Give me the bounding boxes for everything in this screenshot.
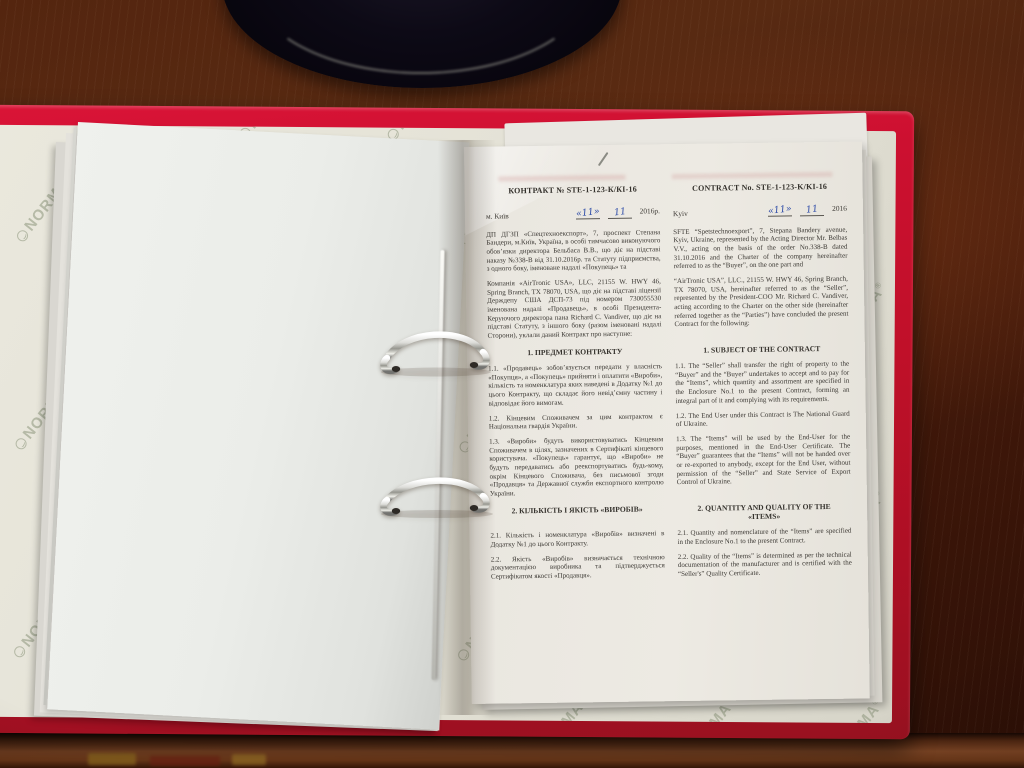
- ring-upper: [381, 335, 491, 377]
- binder-rings: [374, 320, 514, 520]
- contract-paragraph-en: “AirTronic USA”, LLC., 21155 W. HWY 46, …: [674, 275, 849, 338]
- photographed-document-scene: NORMA®NORMA®NORMA®NORMA®NORMA®NORMA®NORM…: [0, 0, 1024, 768]
- contract-paragraph-uk: 2.1. Кількість і номенклатура «Виробів» …: [490, 530, 664, 550]
- section-heading-en: 2. QUANTITY AND QUALITY OF THE «ITEMS»: [677, 501, 851, 522]
- contract-title-en: CONTRACT No. STE-1-123-K/KI-16: [673, 182, 847, 194]
- handwritten-month: 11: [613, 206, 626, 219]
- section-heading-row: 2. КІЛЬКІСТЬ І ЯКІСТЬ «ВИРОБІВ»2. QUANTI…: [490, 501, 851, 525]
- dateline-year-en: 2016: [832, 204, 847, 213]
- date-blank-line: 11: [800, 203, 824, 216]
- dateline-year-uk: 2016р.: [640, 206, 660, 215]
- section-heading-row: 1. ПРЕДМЕТ КОНТРАКТУ1. SUBJECT OF THE CO…: [488, 343, 849, 357]
- handwritten-month: 11: [806, 203, 819, 216]
- contract-paragraph-row: Компанія «AirTronic USA», LLC, 21155 W. …: [487, 275, 849, 341]
- contract-title-uk: КОНТРАКТ № STE-1-123-К/КІ-16: [486, 184, 660, 196]
- dateline-date-uk: «11»112016р.: [576, 205, 660, 219]
- bird-in-circle-icon: [13, 436, 28, 451]
- dateline-date-en: «11»112016: [768, 203, 847, 217]
- bird-in-circle-icon: [15, 228, 30, 243]
- contract-paragraph-row: ДП ДГЗП «Спецтехноекспорт», 7, проспект …: [486, 225, 848, 273]
- floor-object-fragment: [232, 754, 266, 765]
- floor-object-fragment: [88, 753, 136, 765]
- norma-watermark: NORMA®: [0, 482, 1, 557]
- contract-text-columns: КОНТРАКТ № STE-1-123-К/КІ-16CONTRACT No.…: [464, 141, 868, 581]
- contract-paragraph-row: 2.2. Якість «Виробів» визначається техні…: [491, 550, 852, 581]
- dateline-en: Kyiv«11»112016: [673, 203, 847, 218]
- date-blank-line: «11»: [768, 203, 792, 216]
- contract-paragraph-en: SFTE “Spetstechnoexport”, 7, Stepana Ban…: [673, 225, 848, 271]
- ring-lower: [381, 481, 493, 518]
- contract-paragraph-uk: 1.1. «Продавець» зобов’язується передати…: [488, 362, 663, 408]
- section-heading-uk: 2. КІЛЬКІСТЬ І ЯКІСТЬ «ВИРОБІВ»: [490, 504, 664, 525]
- contract-paragraph-uk: 2.2. Якість «Виробів» визначається техні…: [491, 553, 665, 581]
- dateline-city-en: Kyiv: [673, 208, 688, 217]
- contract-paragraph-row: 2.1. Кількість і номенклатура «Виробів» …: [490, 527, 851, 549]
- contract-page: КОНТРАКТ № STE-1-123-К/КІ-16CONTRACT No.…: [464, 141, 870, 704]
- contract-paragraph-en: 1.1. The “Seller” shall transfer the rig…: [675, 360, 850, 406]
- contract-paragraph-row: 1.1. «Продавець» зобов’язується передати…: [488, 360, 850, 408]
- contract-paragraph-row: 1.3. «Вироби» будуть використовуватись К…: [489, 432, 851, 498]
- floor-object-fragment: [150, 756, 220, 766]
- date-blank-line: «11»: [576, 206, 600, 219]
- contract-paragraph-en: 2.2. Quality of the “Items” is determine…: [678, 550, 852, 578]
- handwritten-day: «11»: [768, 203, 793, 217]
- contract-paragraph-row: 1.2. Кінцевим Споживачем за цим контракт…: [489, 409, 850, 431]
- section-heading-en: 1. SUBJECT OF THE CONTRACT: [675, 343, 849, 355]
- contract-title-row: КОНТРАКТ № STE-1-123-К/КІ-16CONTRACT No.…: [486, 182, 847, 197]
- handwritten-day: «11»: [575, 206, 600, 220]
- norma-watermark: NORMA®: [0, 125, 4, 141]
- contract-paragraph-uk: ДП ДГЗП «Спецтехноекспорт», 7, проспект …: [486, 228, 661, 274]
- contract-paragraph-en: 1.3. The “Items” will be used by the End…: [676, 432, 851, 495]
- contract-paragraph-uk: 1.2. Кінцевим Споживачем за цим контракт…: [489, 412, 663, 432]
- dateline-uk: м. Київ«11»112016р.: [486, 205, 660, 220]
- contract-dateline-row: м. Київ«11»112016р.Kyiv«11»112016: [486, 203, 847, 221]
- contract-paragraph-en: 1.2. The End User under this Contract is…: [676, 409, 850, 429]
- contract-paragraph-en: 2.1. Quantity and nomenclature of the “I…: [677, 527, 851, 547]
- date-blank-line: 11: [608, 206, 632, 219]
- bird-in-circle-icon: [12, 644, 27, 659]
- contract-paragraph-uk: 1.3. «Вироби» будуть використовуватись К…: [489, 435, 664, 498]
- norma-watermark: NORMA®: [0, 274, 2, 349]
